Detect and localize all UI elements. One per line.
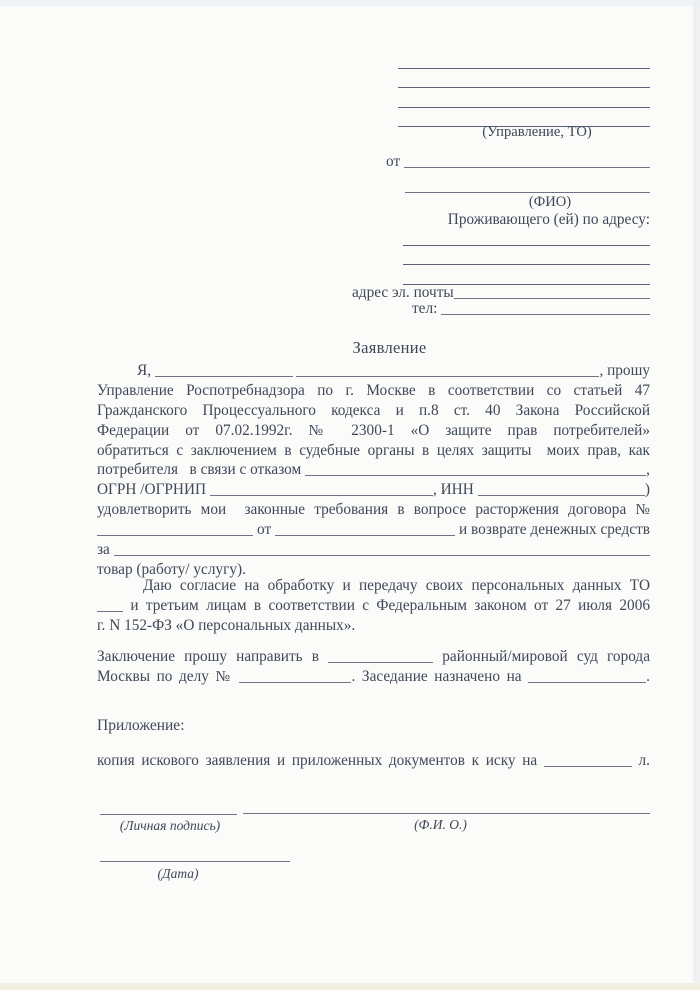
personal-signature-line[interactable] (100, 814, 237, 815)
blank-field[interactable] (239, 670, 351, 683)
form-line: копия искового заявления и приложенных д… (97, 751, 650, 771)
form-line: Москвы по делу № . Заседание назначено н… (97, 667, 650, 687)
address-field-line[interactable] (403, 265, 650, 284)
address-field-line[interactable] (403, 227, 650, 246)
from-row: от (386, 152, 650, 171)
form-line: за (97, 540, 650, 560)
phone-row: тел: (412, 299, 650, 318)
blank-field[interactable] (114, 542, 650, 556)
scan-edge-bottom (0, 983, 700, 990)
line-text: , (646, 460, 650, 480)
blank-field[interactable] (97, 599, 123, 612)
address-field-line[interactable] (403, 246, 650, 265)
document-title: Заявление (97, 338, 666, 358)
blank-field[interactable] (478, 482, 645, 496)
line-text: ) (645, 480, 650, 500)
blank-field[interactable] (210, 482, 433, 496)
phone-field-line[interactable] (441, 301, 650, 315)
personal-signature-label: (Личная подпись) (100, 818, 240, 834)
line-text: г. N 152-ФЗ «О персональных данных». (97, 617, 355, 634)
blank-field[interactable] (155, 363, 293, 377)
form-line: Управление Роспотребнадзора по г. Москве… (97, 381, 650, 401)
management-field-lines (398, 50, 650, 127)
form-line: и третьим лицам в соответствии с Федерал… (97, 596, 650, 616)
form-line: Заключение прошу направить в районный/ми… (97, 647, 650, 667)
email-field-line[interactable] (454, 285, 650, 299)
date-line[interactable] (100, 861, 290, 862)
scan-edge-top (0, 0, 700, 6)
form-line: обратиться с заключением в судебные орга… (97, 441, 650, 461)
form-line: Я, , прошу (97, 361, 650, 381)
phone-label: тел: (412, 300, 441, 318)
form-line: от и возврате денежных средств (97, 520, 650, 540)
line-text: Управление Роспотребнадзора по г. Москве… (97, 382, 650, 399)
line-text: от (253, 520, 275, 540)
line-text: и третьим лицам в соответствии с Федерал… (123, 597, 650, 614)
blank-field[interactable] (544, 754, 632, 767)
line-text: Федерации от 07.02.1992г. № 2300-1 «О за… (97, 422, 650, 439)
address-field-lines (403, 227, 650, 285)
fio-label: (ФИО) (450, 194, 650, 211)
date-label: (Дата) (118, 866, 238, 882)
blank-field[interactable] (296, 363, 599, 377)
line-text: удовлетворить мои законные требования в … (97, 501, 650, 518)
blank-field[interactable] (305, 462, 646, 476)
fio-signature-line[interactable] (243, 813, 650, 814)
fio-signature-label: (Ф.И. О.) (388, 817, 493, 833)
management-label: (Управление, ТО) (412, 124, 662, 141)
line-text: , прошу (599, 361, 650, 381)
line-text: . Заседание назначено на (351, 668, 528, 685)
line-text: копия искового заявления и приложенных д… (97, 752, 544, 769)
paragraph-personal-data-consent: Даю согласие на обработку и передачу сво… (97, 576, 650, 636)
scanned-application-form: (Управление, ТО) от (ФИО) Проживающего (… (0, 0, 700, 990)
management-field-line[interactable] (398, 50, 650, 69)
blank-field[interactable] (328, 650, 433, 663)
form-line: Даю согласие на обработку и передачу сво… (97, 576, 650, 596)
form-line: потребителя в связи с отказом , (97, 460, 650, 480)
blank-field[interactable] (528, 670, 646, 683)
attachment-line: копия искового заявления и приложенных д… (97, 751, 650, 771)
line-text: потребителя в связи с отказом (97, 460, 305, 480)
form-line: удовлетворить мои законные требования в … (97, 500, 650, 520)
line-text: л. (632, 752, 650, 769)
form-line: Федерации от 07.02.1992г. № 2300-1 «О за… (97, 421, 650, 441)
line-text: Гражданского Процессуального кодекса и п… (97, 402, 650, 419)
line-text: Москвы по делу № (97, 668, 239, 685)
management-field-line[interactable] (398, 69, 650, 88)
line-text: и возврате денежных средств (455, 520, 650, 540)
line-text: Я, (137, 361, 155, 381)
paragraph-court-request: Заключение прошу направить в районный/ми… (97, 647, 650, 687)
line-text: , ИНН (433, 480, 478, 500)
line-text: Даю согласие на обработку и передачу сво… (143, 577, 650, 594)
form-line: г. N 152-ФЗ «О персональных данных». (97, 616, 650, 636)
blank-field[interactable] (97, 522, 253, 536)
line-text: ОГРН /ОГРНИП (97, 480, 210, 500)
line-text: обратиться с заключением в судебные орга… (97, 442, 650, 459)
fio-field-line[interactable] (405, 175, 650, 193)
scan-edge-right (693, 0, 700, 990)
form-line: ОГРН /ОГРНИП , ИНН ) (97, 480, 650, 500)
line-text: . (646, 668, 650, 685)
from-label: от (386, 153, 404, 171)
from-field-line[interactable] (404, 154, 650, 168)
line-text: районный/мировой суд города (433, 648, 650, 665)
blank-field[interactable] (275, 522, 455, 536)
line-text: за (97, 540, 114, 560)
attachment-heading: Приложение: (97, 717, 650, 735)
paragraph-main-request: Я, , прошуУправление Роспотребнадзора по… (97, 361, 650, 580)
management-field-line[interactable] (398, 88, 650, 107)
line-text: Заключение прошу направить в (97, 648, 328, 665)
form-line: Гражданского Процессуального кодекса и п… (97, 401, 650, 421)
